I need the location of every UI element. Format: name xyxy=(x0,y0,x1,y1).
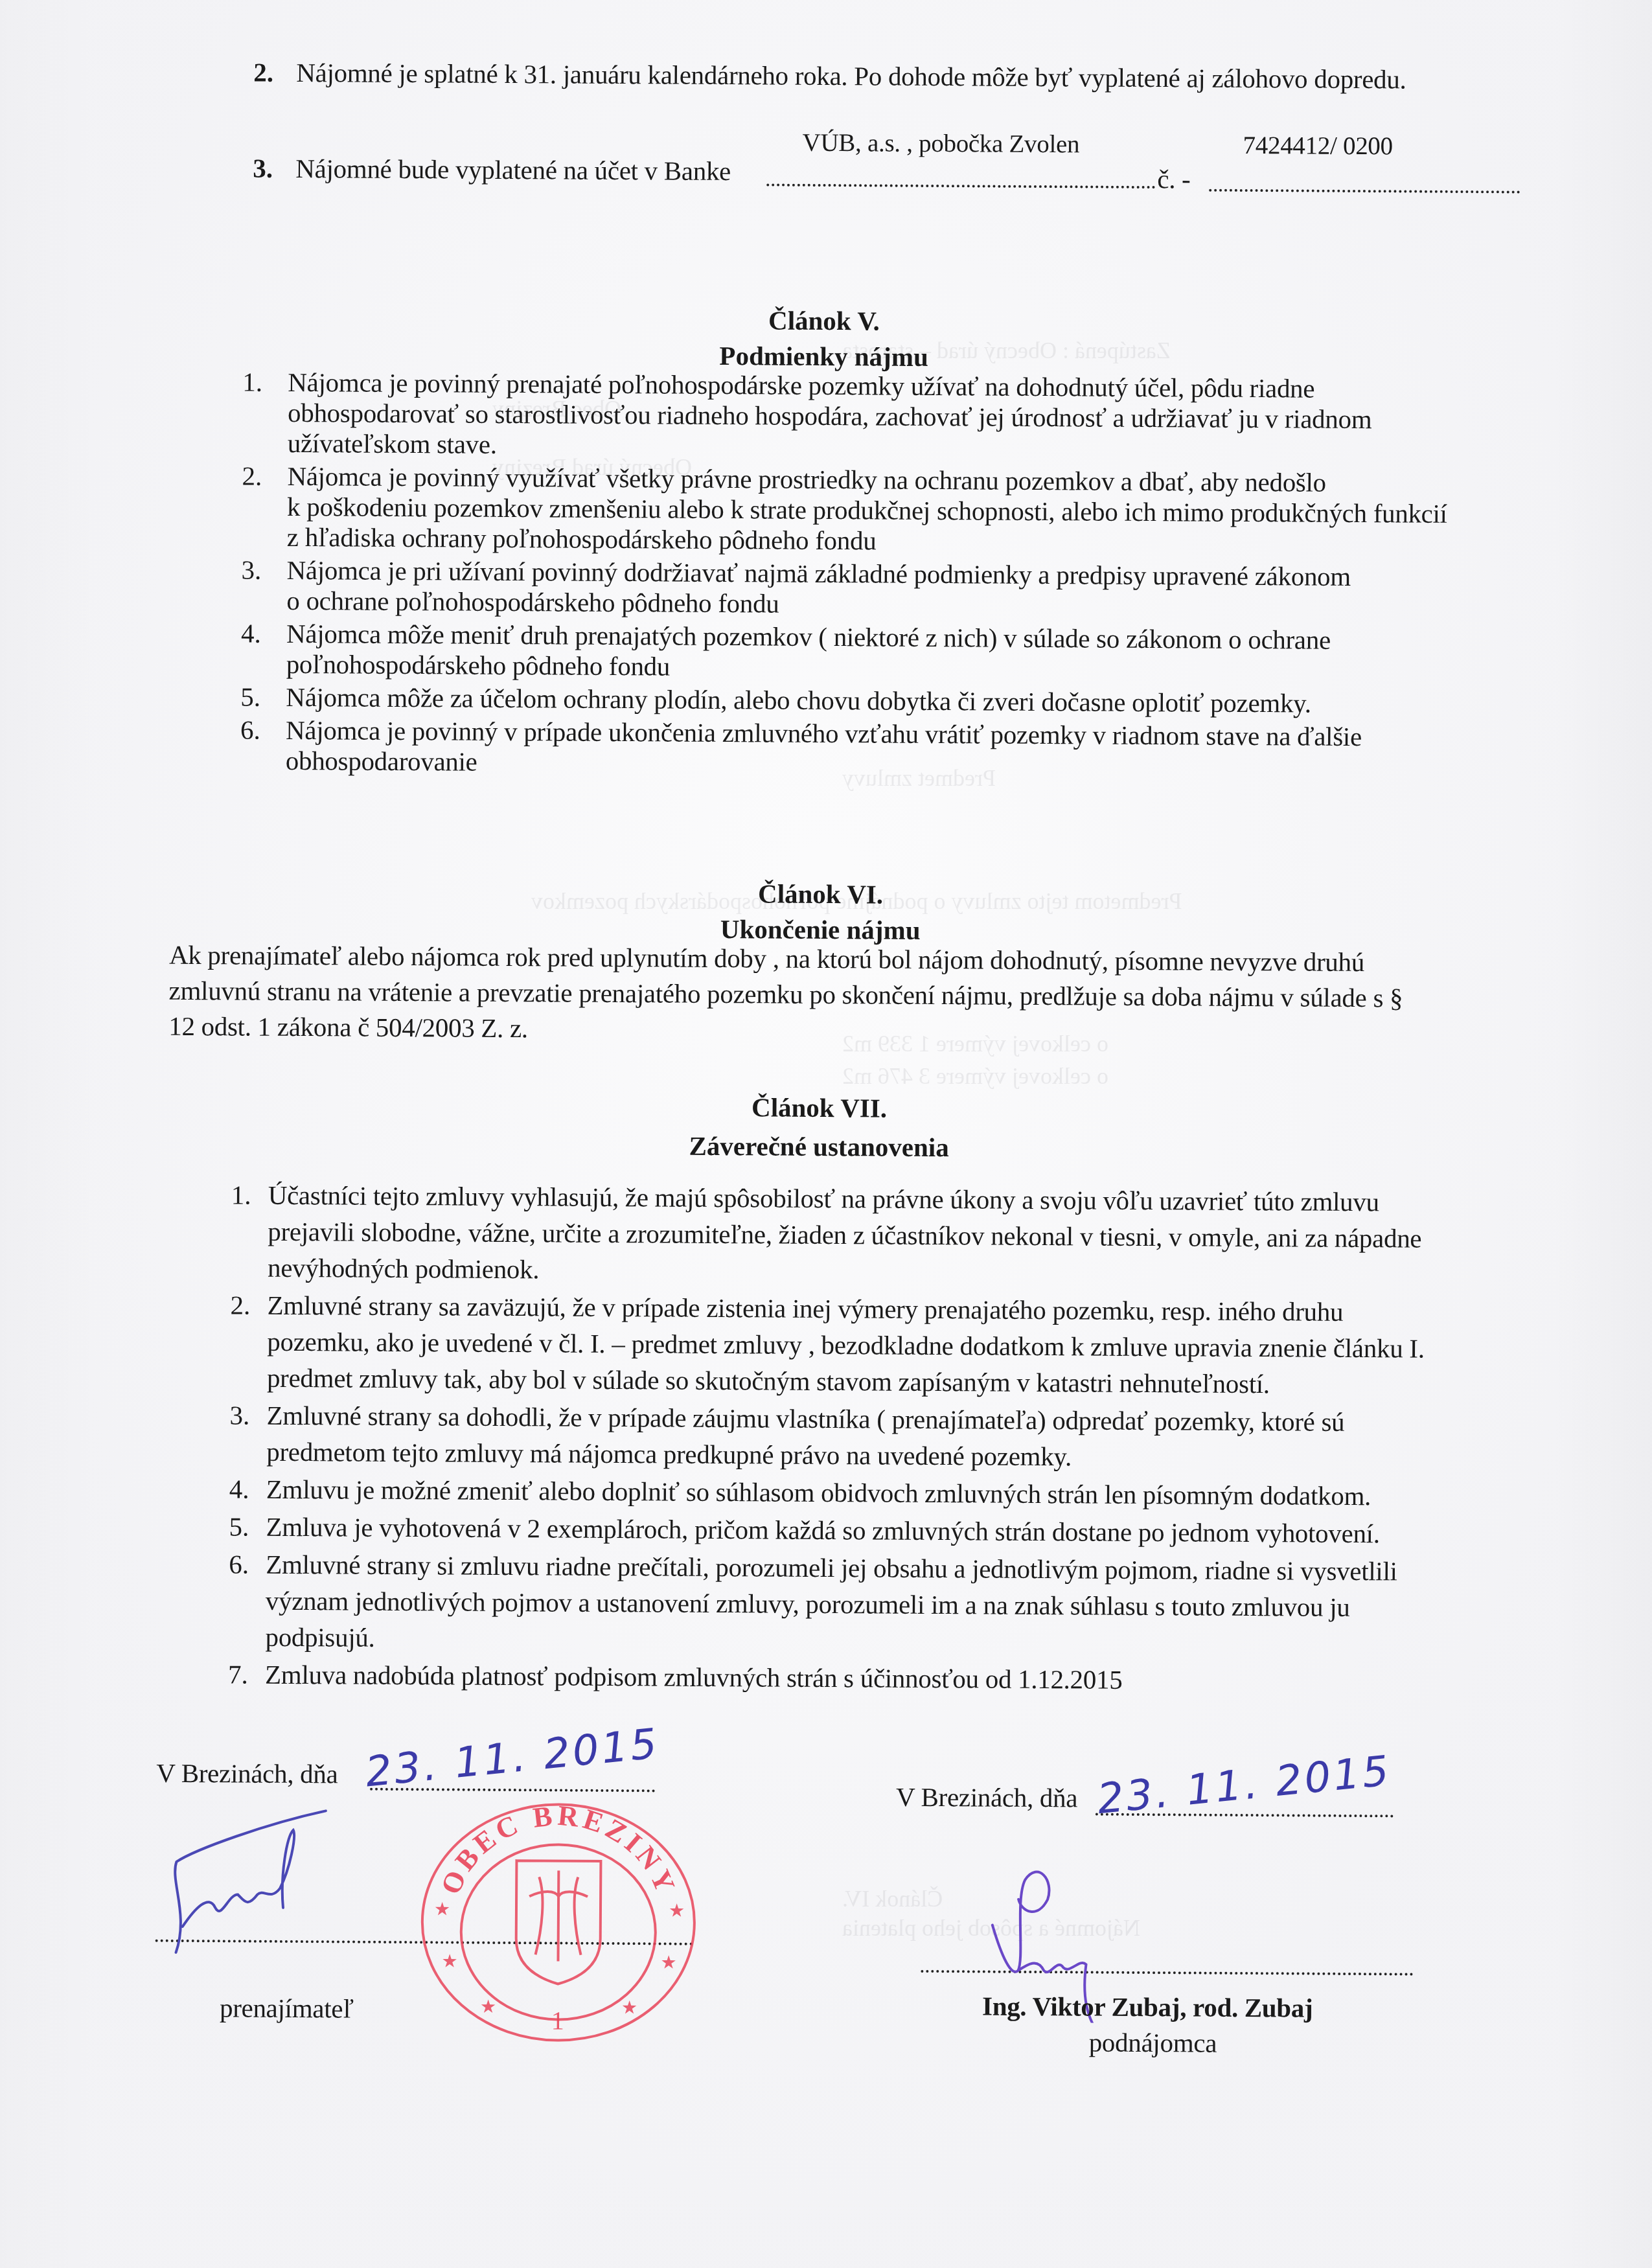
article-6-title: Článok VI. xyxy=(0,873,1647,915)
list-item-line: podpisujú. xyxy=(265,1621,374,1654)
item-number: 7. xyxy=(228,1658,248,1690)
payment-due-text: Nájomné je splatné k 31. januáru kalendá… xyxy=(296,56,1406,95)
bank-name-value: VÚB, a.s. , pobočka Zvolen xyxy=(802,127,1079,161)
svg-text:★: ★ xyxy=(434,1898,450,1919)
article-5-title: Článok V. xyxy=(0,299,1650,342)
item-number: 4. xyxy=(229,1472,249,1505)
list-item-line: z hľadiska ochrany poľnohospodárskeho pô… xyxy=(287,521,877,557)
list-item-line: Zmluvné strany si zmluvu riadne prečítal… xyxy=(266,1548,1397,1588)
list-item-line: Zmluvné strany sa zaväzujú, že v prípade… xyxy=(268,1289,1344,1328)
list-item-line: Účastníci tejto zmluvy vyhlasujú, že maj… xyxy=(268,1179,1379,1218)
right-place-label: V Brezinách, dňa xyxy=(896,1781,1078,1815)
article-6-line: zmluvnú stranu na vrátenie a prevzatie p… xyxy=(168,974,1403,1014)
item-number: 2. xyxy=(253,56,273,89)
list-item-line: Zmluva nadobúda platnosť podpisom zmluvn… xyxy=(265,1658,1123,1696)
svg-text:★: ★ xyxy=(480,1996,496,2017)
article-6-line: 12 odst. 1 zákona č 504/2003 Z. z. xyxy=(168,1010,528,1044)
item-number: 3. xyxy=(241,554,261,586)
account-field-line xyxy=(1209,189,1520,194)
svg-text:★: ★ xyxy=(669,1900,685,1921)
lessor-role-label: prenajímateľ xyxy=(220,1991,354,2024)
municipal-stamp: OBEC BREZINY 1 ★★ ★★ ★★ xyxy=(415,1798,702,2046)
article-7-title: Článok VII. xyxy=(0,1086,1646,1129)
item-number: 5. xyxy=(240,681,260,713)
account-label: č. - xyxy=(1157,163,1190,195)
bank-field-line xyxy=(766,183,1155,189)
item-number: 2. xyxy=(231,1289,251,1321)
article-6-line: Ak prenajímateľ alebo nájomca rok pred u… xyxy=(169,939,1364,978)
item-number: 3. xyxy=(229,1399,249,1431)
lessee-name: Ing. Viktor Zubaj, rod. Zubaj xyxy=(982,1990,1313,2024)
item-number: 6. xyxy=(229,1548,249,1580)
item-number: 4. xyxy=(241,617,261,650)
list-item-line: význam jednotlivých pojmov a ustanovení … xyxy=(266,1585,1350,1623)
bank-account-text: Nájomné bude vyplatené na účet v Banke xyxy=(295,152,731,187)
article-7-subtitle: Záverečné ustanovenia xyxy=(0,1125,1645,1168)
item-number: 1. xyxy=(231,1178,251,1211)
article-5-list: 1.Nájomca je povinný prenajaté poľnohosp… xyxy=(0,0,1652,5)
svg-text:★: ★ xyxy=(660,1951,676,1973)
left-place-label: V Brezinách, dňa xyxy=(156,1757,338,1791)
item-number: 1. xyxy=(242,366,262,398)
list-item-line: Zmluvné strany sa dohodli, že v prípade … xyxy=(266,1399,1344,1438)
svg-text:★: ★ xyxy=(441,1950,457,1971)
list-item-line: nevýhodných podmienok. xyxy=(268,1252,540,1286)
list-item-line: pozemku, ako je uvedené v čl. I. – predm… xyxy=(267,1325,1425,1365)
left-handwritten-date: 23. 11. 2015 xyxy=(363,1720,661,1796)
item-number: 3. xyxy=(253,152,273,185)
list-item-line: o ochrane poľnohospodárskeho pôdneho fon… xyxy=(286,584,779,620)
list-item-line: Zmluvu je možné zmeniť alebo doplniť so … xyxy=(266,1473,1371,1512)
list-item-line: Zmluva je vyhotovená v 2 exemplároch, pr… xyxy=(266,1511,1379,1550)
account-number-value: 7424412/ 0200 xyxy=(1243,130,1392,163)
item-number: 6. xyxy=(240,713,260,746)
lessor-signature xyxy=(150,1797,371,1967)
document-page: 2. Nájomné je splatné k 31. januáru kale… xyxy=(0,0,1652,2268)
right-handwritten-date: 23. 11. 2015 xyxy=(1096,1747,1394,1824)
item-number: 5. xyxy=(229,1510,249,1542)
svg-text:★: ★ xyxy=(621,1997,637,2018)
list-item-line: obhospodarovanie xyxy=(286,744,477,778)
list-item-line: predmet zmluvy tak, aby bol v súlade so … xyxy=(267,1362,1270,1400)
svg-text:1: 1 xyxy=(551,2006,564,2035)
list-item-line: poľnohospodárskeho pôdneho fondu xyxy=(286,648,671,683)
list-item-line: prejavili slobodne, vážne, určite a zroz… xyxy=(268,1215,1421,1255)
item-number: 2. xyxy=(242,460,262,492)
list-item-line: užívateľskom stave. xyxy=(288,427,497,461)
lessee-role-label: podnájomca xyxy=(1089,2026,1217,2059)
list-item-line: Nájomca môže za účelom ochrany plodín, a… xyxy=(286,681,1311,720)
article-7-list: 1.Účastníci tejto zmluvy vyhlasujú, že m… xyxy=(0,0,1652,5)
list-item-line: predmetom tejto zmluvy má nájomca predku… xyxy=(266,1436,1072,1473)
